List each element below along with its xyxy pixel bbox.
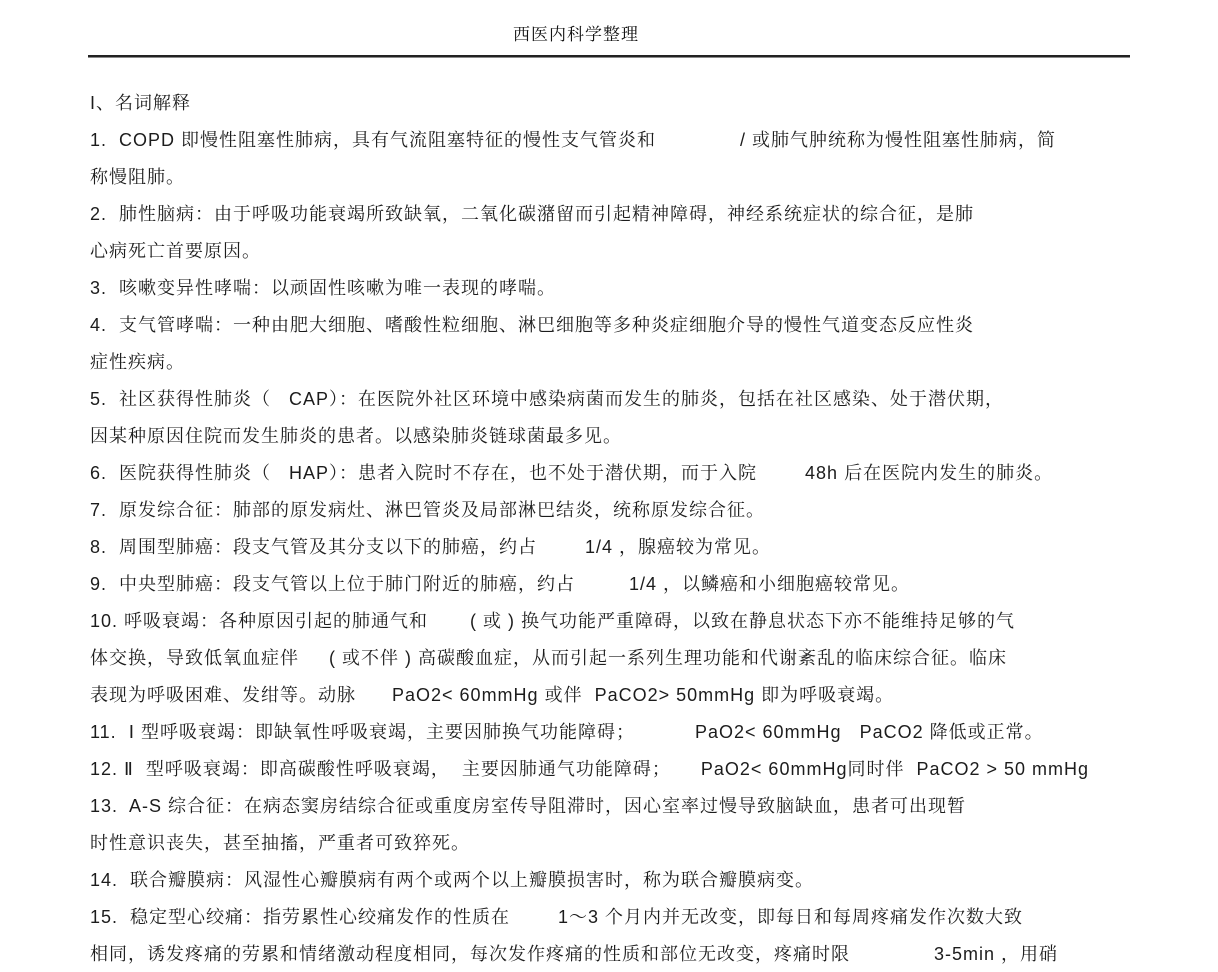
definition-line-9: 9. 中央型肺癌：段支气管以上位于肺门附近的肺癌，约占 1/4 ，以鳞癌和小细胞… bbox=[90, 566, 1140, 603]
definition-line-1b: 称慢阻肺。 bbox=[90, 159, 1140, 196]
definition-line-8: 8. 周围型肺癌：段支气管及其分支以下的肺癌，约占 1/4 ，腺癌较为常见。 bbox=[90, 529, 1140, 566]
definition-line-11: 11. Ⅰ 型呼吸衰竭：即缺氧性呼吸衰竭，主要因肺换气功能障碍； PaO2< 6… bbox=[90, 714, 1140, 751]
definition-line-14: 14. 联合瓣膜病：风湿性心瓣膜病有两个或两个以上瓣膜损害时，称为联合瓣膜病变。 bbox=[90, 862, 1140, 899]
definition-line-4b: 症性疾病。 bbox=[90, 344, 1140, 381]
definition-line-13b: 时性意识丧失，甚至抽搐，严重者可致猝死。 bbox=[90, 825, 1140, 862]
definition-line-15b: 相同，诱发疼痛的劳累和情绪激动程度相同，每次发作疼痛的性质和部位无改变，疼痛时限… bbox=[90, 936, 1140, 972]
document-title: 西医内科学整理 bbox=[0, 20, 1185, 45]
document-body: I、名词解释 1. COPD 即慢性阻塞性肺病，具有气流阻塞特征的慢性支气管炎和… bbox=[0, 58, 1140, 972]
definition-line-10a: 10. 呼吸衰竭：各种原因引起的肺通气和 ( 或 ) 换气功能严重障碍，以致在静… bbox=[90, 603, 1140, 640]
definition-line-7: 7. 原发综合征：肺部的原发病灶、淋巴管炎及局部淋巴结炎，统称原发综合征。 bbox=[90, 492, 1140, 529]
definition-line-5a: 5. 社区获得性肺炎（ CAP）：在医院外社区环境中感染病菌而发生的肺炎，包括在… bbox=[90, 381, 1140, 418]
definition-line-2a: 2. 肺性脑病：由于呼吸功能衰竭所致缺氧，二氧化碳潴留而引起精神障碍，神经系统症… bbox=[90, 196, 1140, 233]
definition-line-15a: 15. 稳定型心绞痛：指劳累性心绞痛发作的性质在 1～3 个月内并无改变，即每日… bbox=[90, 899, 1140, 936]
section-heading: I、名词解释 bbox=[90, 85, 1140, 122]
document-page: 西医内科学整理 I、名词解释 1. COPD 即慢性阻塞性肺病，具有气流阻塞特征… bbox=[0, 0, 1218, 972]
definition-line-13a: 13. A-S 综合征：在病态窦房结综合征或重度房室传导阻滞时，因心室率过慢导致… bbox=[90, 788, 1140, 825]
definition-line-10b: 体交换，导致低氧血症伴 ( 或不伴 ) 高碳酸血症，从而引起一系列生理功能和代谢… bbox=[90, 640, 1140, 677]
definition-line-2b: 心病死亡首要原因。 bbox=[90, 233, 1140, 270]
definition-line-5b: 因某种原因住院而发生肺炎的患者。以感染肺炎链球菌最多见。 bbox=[90, 418, 1140, 455]
definition-line-1a: 1. COPD 即慢性阻塞性肺病，具有气流阻塞特征的慢性支气管炎和 / 或肺气肿… bbox=[90, 122, 1140, 159]
definition-line-12: 12. Ⅱ 型呼吸衰竭：即高碳酸性呼吸衰竭， 主要因肺通气功能障碍； PaO2<… bbox=[90, 751, 1140, 788]
page-header: 西医内科学整理 bbox=[0, 0, 1218, 58]
definition-line-10c: 表现为呼吸困难、发绀等。动脉 PaO2< 60mmHg 或伴 PaCO2> 50… bbox=[90, 677, 1140, 714]
definition-line-6: 6. 医院获得性肺炎（ HAP）：患者入院时不存在，也不处于潜伏期，而于入院 4… bbox=[90, 455, 1140, 492]
definition-line-3: 3. 咳嗽变异性哮喘：以顽固性咳嗽为唯一表现的哮喘。 bbox=[90, 270, 1140, 307]
definition-line-4a: 4. 支气管哮喘：一种由肥大细胞、嗜酸性粒细胞、淋巴细胞等多种炎症细胞介导的慢性… bbox=[90, 307, 1140, 344]
